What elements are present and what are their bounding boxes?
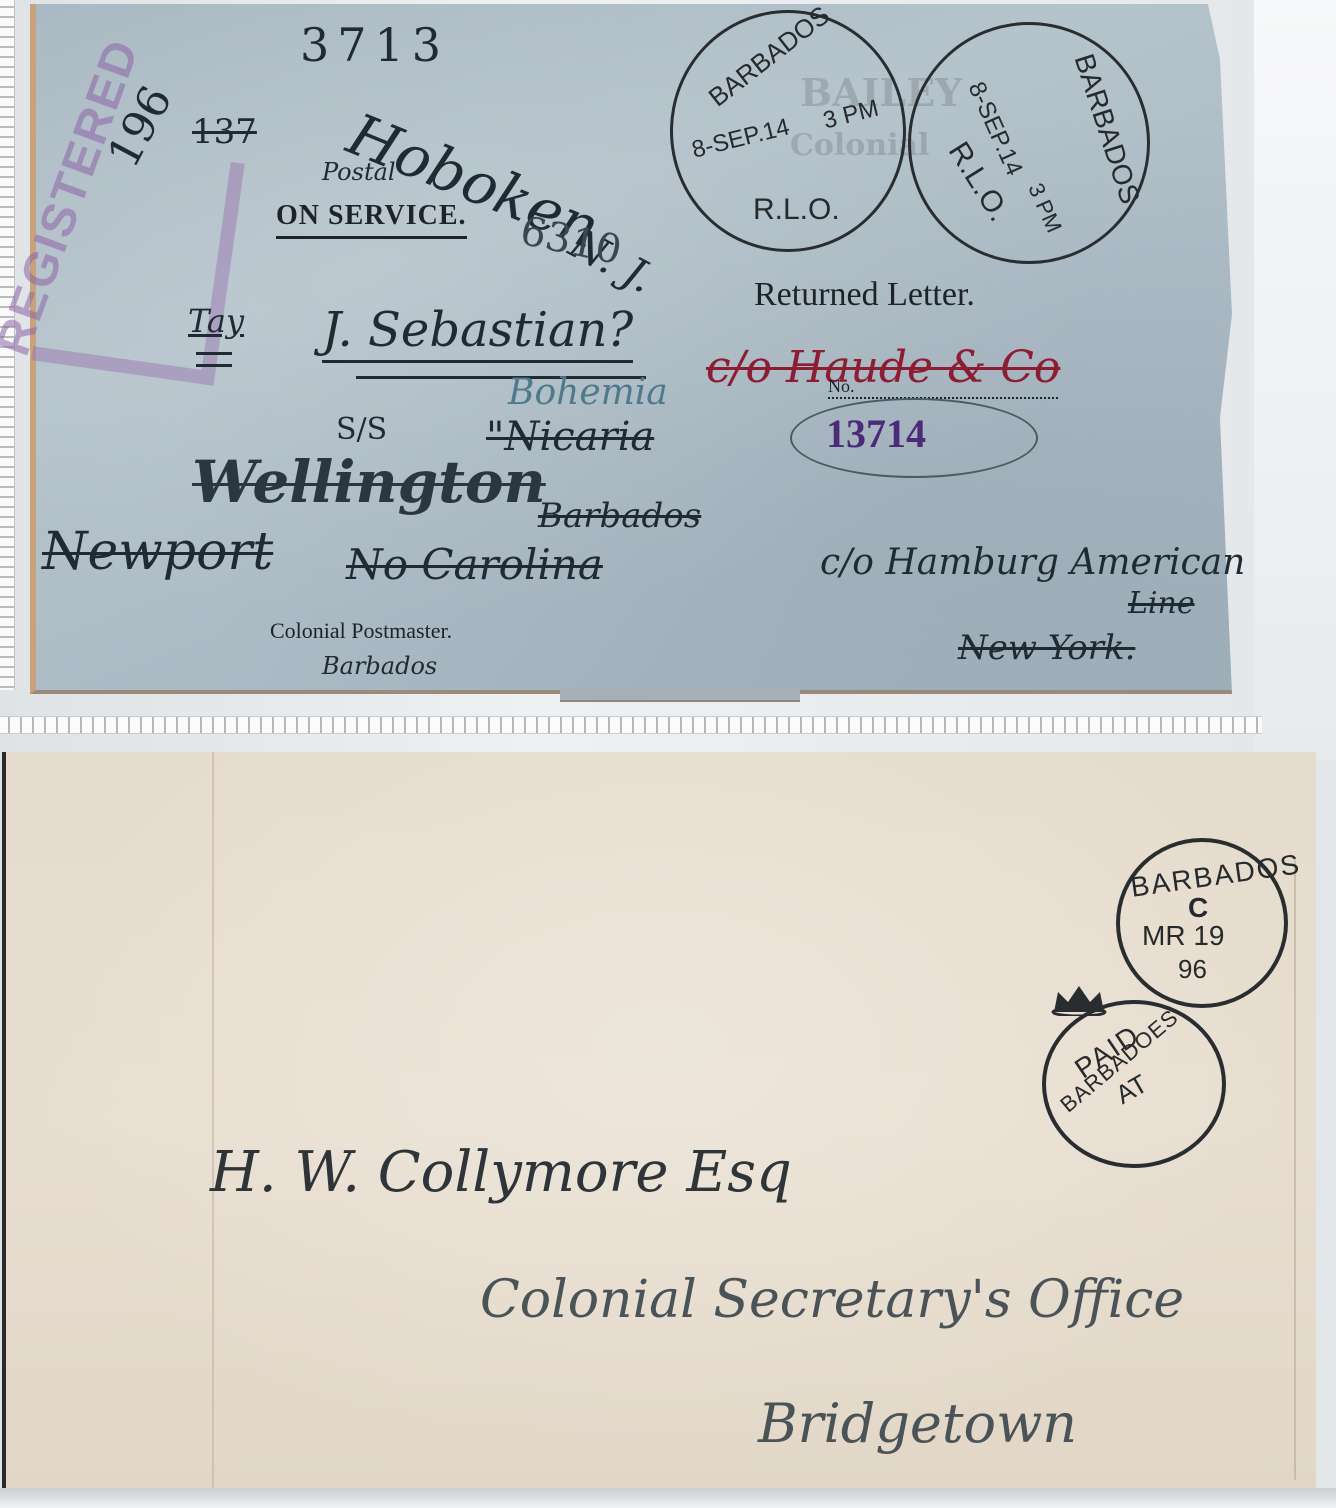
cds-date: MR 19 <box>1142 920 1224 952</box>
handwritten-tay: Tay <box>188 302 244 340</box>
handwritten-postal: Postal <box>322 158 396 186</box>
postmark-barbados-cds: BARBADOS C MR 19 96 <box>1116 838 1288 1008</box>
sleeve-perforation-middle <box>0 716 1262 734</box>
address-line-office: Colonial Secretary's Office <box>480 1270 1184 1330</box>
cover-fold-line-right <box>1294 860 1296 1480</box>
registration-number-13714: 13714 <box>826 410 926 457</box>
cover-flap-edge <box>560 688 800 702</box>
handwritten-barbados-signature: Barbados <box>322 652 437 680</box>
addressee-j-sebastian: J. Sebastian? <box>322 302 633 363</box>
postmark-barbados-rlo-2: BARBADOS 8-SEP.14 3 PM R.L.O. <box>908 22 1150 264</box>
postmark-1-date: 8-SEP.14 <box>689 113 792 164</box>
printed-returned-letter: Returned Letter. <box>754 276 975 314</box>
postmark-1-time: 3 PM <box>820 95 881 136</box>
crossed-wellington: Wellington <box>192 448 546 516</box>
crowned-circle-paid-at-barbadoes: PAID AT BARBADOES <box>1042 1000 1226 1168</box>
sleeve-edge-right <box>1254 0 1336 760</box>
crossed-number-137: 137 <box>192 112 257 152</box>
double-underline-mark <box>196 352 232 355</box>
printed-no-label: No. <box>828 376 1058 399</box>
handwritten-ss-prefix: S/S <box>336 412 387 447</box>
address-line-town: Bridgetown <box>758 1392 1077 1455</box>
reference-number-3713: 3713 <box>300 18 449 72</box>
printed-colonial-postmaster: Colonial Postmaster. <box>270 618 452 644</box>
double-underline-mark-2 <box>196 364 232 367</box>
cds-year: 96 <box>1178 954 1207 985</box>
postmark-barbados-rlo-1: BARBADOS 8-SEP.14 3 PM R.L.O. <box>670 10 906 252</box>
handwritten-co-hamburg-american: c/o Hamburg American <box>820 542 1245 583</box>
postmark-1-bottom: R.L.O. <box>753 193 840 227</box>
handwritten-bohemia-blue: Bohemia <box>508 372 668 413</box>
crossed-barbados: Barbados <box>538 496 701 536</box>
handwritten-new-york: New York. <box>958 628 1135 668</box>
printed-on-service: ON SERVICE. <box>276 200 467 239</box>
address-line-name: H. W. Collymore Esq <box>210 1140 792 1205</box>
cds-top-text: BARBADOS <box>1129 848 1303 904</box>
cover-fold-line-left <box>212 752 214 1490</box>
crossed-no-carolina: No Carolina <box>346 540 603 589</box>
sleeve-bottom-edge <box>0 1488 1336 1508</box>
postmark-2-time: 3 PM <box>1022 179 1067 236</box>
handwritten-line: Line <box>1128 586 1195 621</box>
crossed-newport: Newport <box>42 522 273 582</box>
